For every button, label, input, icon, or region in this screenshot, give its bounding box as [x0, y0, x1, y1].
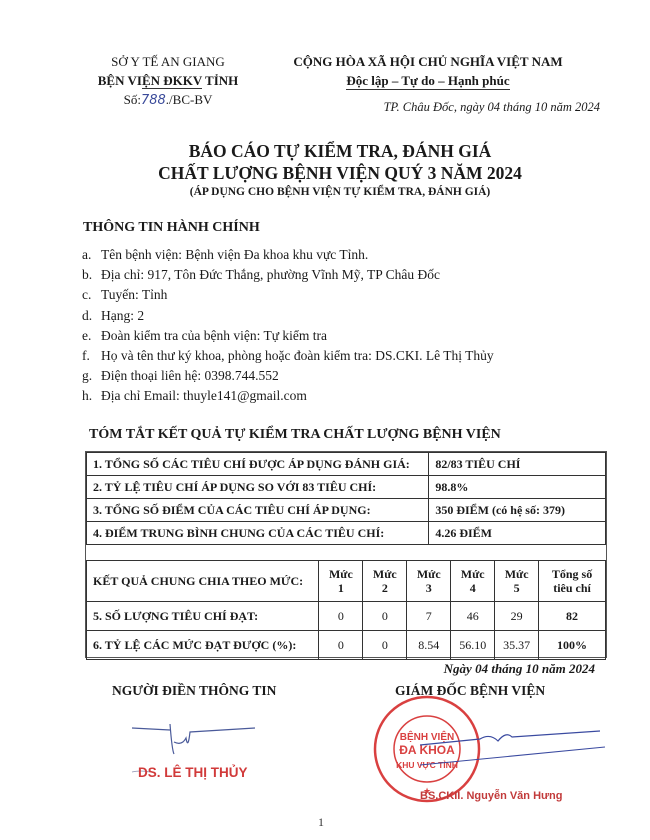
level-cell: 82	[539, 602, 606, 631]
summary-heading: TÓM TẮT KẾT QUẢ TỰ KIỂM TRA CHẤT LƯỢNG B…	[89, 427, 501, 443]
info-text: Điện thoại liên hệ: 0398.744.552	[101, 366, 279, 386]
level-header-row: KẾT QUẢ CHUNG CHIA THEO MỨC:Mức1Mức2Mức3…	[87, 561, 606, 602]
summary-value: 350 ĐIỂM (có hệ số: 379)	[429, 499, 606, 522]
level-cell: 100%	[539, 631, 606, 660]
hospital-name: BỆN VIỆN ĐKKV TỈNH	[88, 71, 248, 90]
document-number: Số:788./BC-BV	[88, 90, 248, 110]
summary-table: 1. TỔNG SỐ CÁC TIÊU CHÍ ĐƯỢC ÁP DỤNG ĐÁN…	[86, 452, 606, 545]
info-marker: b.	[82, 265, 101, 285]
admin-info-list: a.Tên bệnh viện: Bệnh viện Đa khoa khu v…	[82, 245, 494, 407]
preparer-title: NGƯỜI ĐIỀN THÔNG TIN	[112, 683, 276, 699]
level-cell: 8.54	[407, 631, 451, 660]
summary-value: 4.26 ĐIỂM	[429, 522, 606, 545]
info-marker: h.	[82, 386, 101, 406]
level-cell: 56.10	[451, 631, 495, 660]
summary-row: 3. TỔNG SỐ ĐIỂM CỦA CÁC TIÊU CHÍ ÁP DỤNG…	[87, 499, 606, 522]
director-signature-icon	[420, 725, 610, 775]
info-text: Địa chỉ: 917, Tôn Đức Thắng, phường Vĩnh…	[101, 265, 440, 285]
level-cell: 0	[319, 602, 363, 631]
level-column-header: Mức1	[319, 561, 363, 602]
level-cell: 35.37	[495, 631, 539, 660]
summary-value: 98.8%	[429, 476, 606, 499]
page-number: 1	[318, 815, 324, 830]
info-marker: c.	[82, 285, 101, 305]
summary-row: 2. TỶ LỆ TIÊU CHÍ ÁP DỤNG SO VỚI 83 TIÊU…	[87, 476, 606, 499]
level-results-table: KẾT QUẢ CHUNG CHIA THEO MỨC:Mức1Mức2Mức3…	[86, 560, 606, 660]
info-item: c.Tuyến: Tỉnh	[82, 285, 494, 305]
summary-label: 2. TỶ LỆ TIÊU CHÍ ÁP DỤNG SO VỚI 83 TIÊU…	[87, 476, 429, 499]
agency-name: SỞ Y TẾ AN GIANG	[88, 52, 248, 71]
info-item: h.Địa chỉ Email: thuyle141@gmail.com	[82, 386, 494, 406]
info-item: e.Đoàn kiểm tra của bệnh viện: Tự kiểm t…	[82, 326, 494, 346]
level-row-label: 6. TỶ LỆ CÁC MỨC ĐẠT ĐƯỢC (%):	[87, 631, 319, 660]
level-cell: 46	[451, 602, 495, 631]
info-marker: f.	[82, 346, 101, 366]
summary-label: 3. TỔNG SỐ ĐIỂM CỦA CÁC TIÊU CHÍ ÁP DỤNG…	[87, 499, 429, 522]
summary-row: 1. TỔNG SỐ CÁC TIÊU CHÍ ĐƯỢC ÁP DỤNG ĐÁN…	[87, 453, 606, 476]
level-header-label: KẾT QUẢ CHUNG CHIA THEO MỨC:	[87, 561, 319, 602]
place-date: TP. Châu Đốc, ngày 04 tháng 10 năm 2024	[300, 100, 600, 115]
nation-name: CỘNG HÒA XÃ HỘI CHỦ NGHĨA VIỆT NAM	[258, 52, 598, 71]
report-title: BÁO CÁO TỰ KIỂM TRA, ĐÁNH GIÁ CHẤT LƯỢNG…	[80, 140, 600, 184]
level-cell: 0	[363, 631, 407, 660]
level-cell: 7	[407, 602, 451, 631]
national-header: CỘNG HÒA XÃ HỘI CHỦ NGHĨA VIỆT NAM Độc l…	[258, 52, 598, 90]
info-marker: g.	[82, 366, 101, 386]
info-text: Hạng: 2	[101, 306, 144, 326]
level-data-row: 5. SỐ LƯỢNG TIÊU CHÍ ĐẠT:007462982	[87, 602, 606, 631]
info-item: b.Địa chỉ: 917, Tôn Đức Thắng, phường Vĩ…	[82, 265, 494, 285]
info-item: g.Điện thoại liên hệ: 0398.744.552	[82, 366, 494, 386]
level-data-row: 6. TỶ LỆ CÁC MỨC ĐẠT ĐƯỢC (%):008.5456.1…	[87, 631, 606, 660]
info-marker: d.	[82, 306, 101, 326]
handwritten-number: 788	[141, 93, 166, 108]
info-text: Tuyến: Tỉnh	[101, 285, 167, 305]
issuing-agency-block: SỞ Y TẾ AN GIANG BỆN VIỆN ĐKKV TỈNH Số:7…	[88, 52, 248, 110]
director-name: BS.CKII. Nguyễn Văn Hưng	[420, 790, 562, 802]
info-item: f.Họ và tên thư ký khoa, phòng hoặc đoàn…	[82, 346, 494, 366]
level-cell: 0	[319, 631, 363, 660]
level-cell: 0	[363, 602, 407, 631]
summary-row: 4. ĐIỂM TRUNG BÌNH CHUNG CỦA CÁC TIÊU CH…	[87, 522, 606, 545]
info-item: d.Hạng: 2	[82, 306, 494, 326]
info-text: Đoàn kiểm tra của bệnh viện: Tự kiểm tra	[101, 326, 327, 346]
summary-label: 4. ĐIỂM TRUNG BÌNH CHUNG CỦA CÁC TIÊU CH…	[87, 522, 429, 545]
info-text: Họ và tên thư ký khoa, phòng hoặc đoàn k…	[101, 346, 494, 366]
level-cell: 29	[495, 602, 539, 631]
report-subtitle: (ÁP DỤNG CHO BỆNH VIỆN TỰ KIỂM TRA, ĐÁNH…	[80, 186, 600, 198]
level-column-header: Mức5	[495, 561, 539, 602]
preparer-name: DS. LÊ THỊ THỦY	[138, 765, 248, 780]
level-column-header: Mức4	[451, 561, 495, 602]
info-text: Địa chỉ Email: thuyle141@gmail.com	[101, 386, 307, 406]
signature-date: Ngày 04 tháng 10 năm 2024	[380, 661, 595, 677]
admin-info-heading: THÔNG TIN HÀNH CHÍNH	[83, 220, 260, 236]
info-marker: a.	[82, 245, 101, 265]
level-row-label: 5. SỐ LƯỢNG TIÊU CHÍ ĐẠT:	[87, 602, 319, 631]
summary-label: 1. TỔNG SỐ CÁC TIÊU CHÍ ĐƯỢC ÁP DỤNG ĐÁN…	[87, 453, 429, 476]
level-column-header: Mức2	[363, 561, 407, 602]
level-column-header: Mức3	[407, 561, 451, 602]
level-column-header: Tổng sốtiêu chí	[539, 561, 606, 602]
info-item: a.Tên bệnh viện: Bệnh viện Đa khoa khu v…	[82, 245, 494, 265]
summary-value: 82/83 TIÊU CHÍ	[429, 453, 606, 476]
info-text: Tên bệnh viện: Bệnh viện Đa khoa khu vực…	[101, 245, 368, 265]
motto: Độc lập – Tự do – Hạnh phúc	[258, 71, 598, 90]
info-marker: e.	[82, 326, 101, 346]
